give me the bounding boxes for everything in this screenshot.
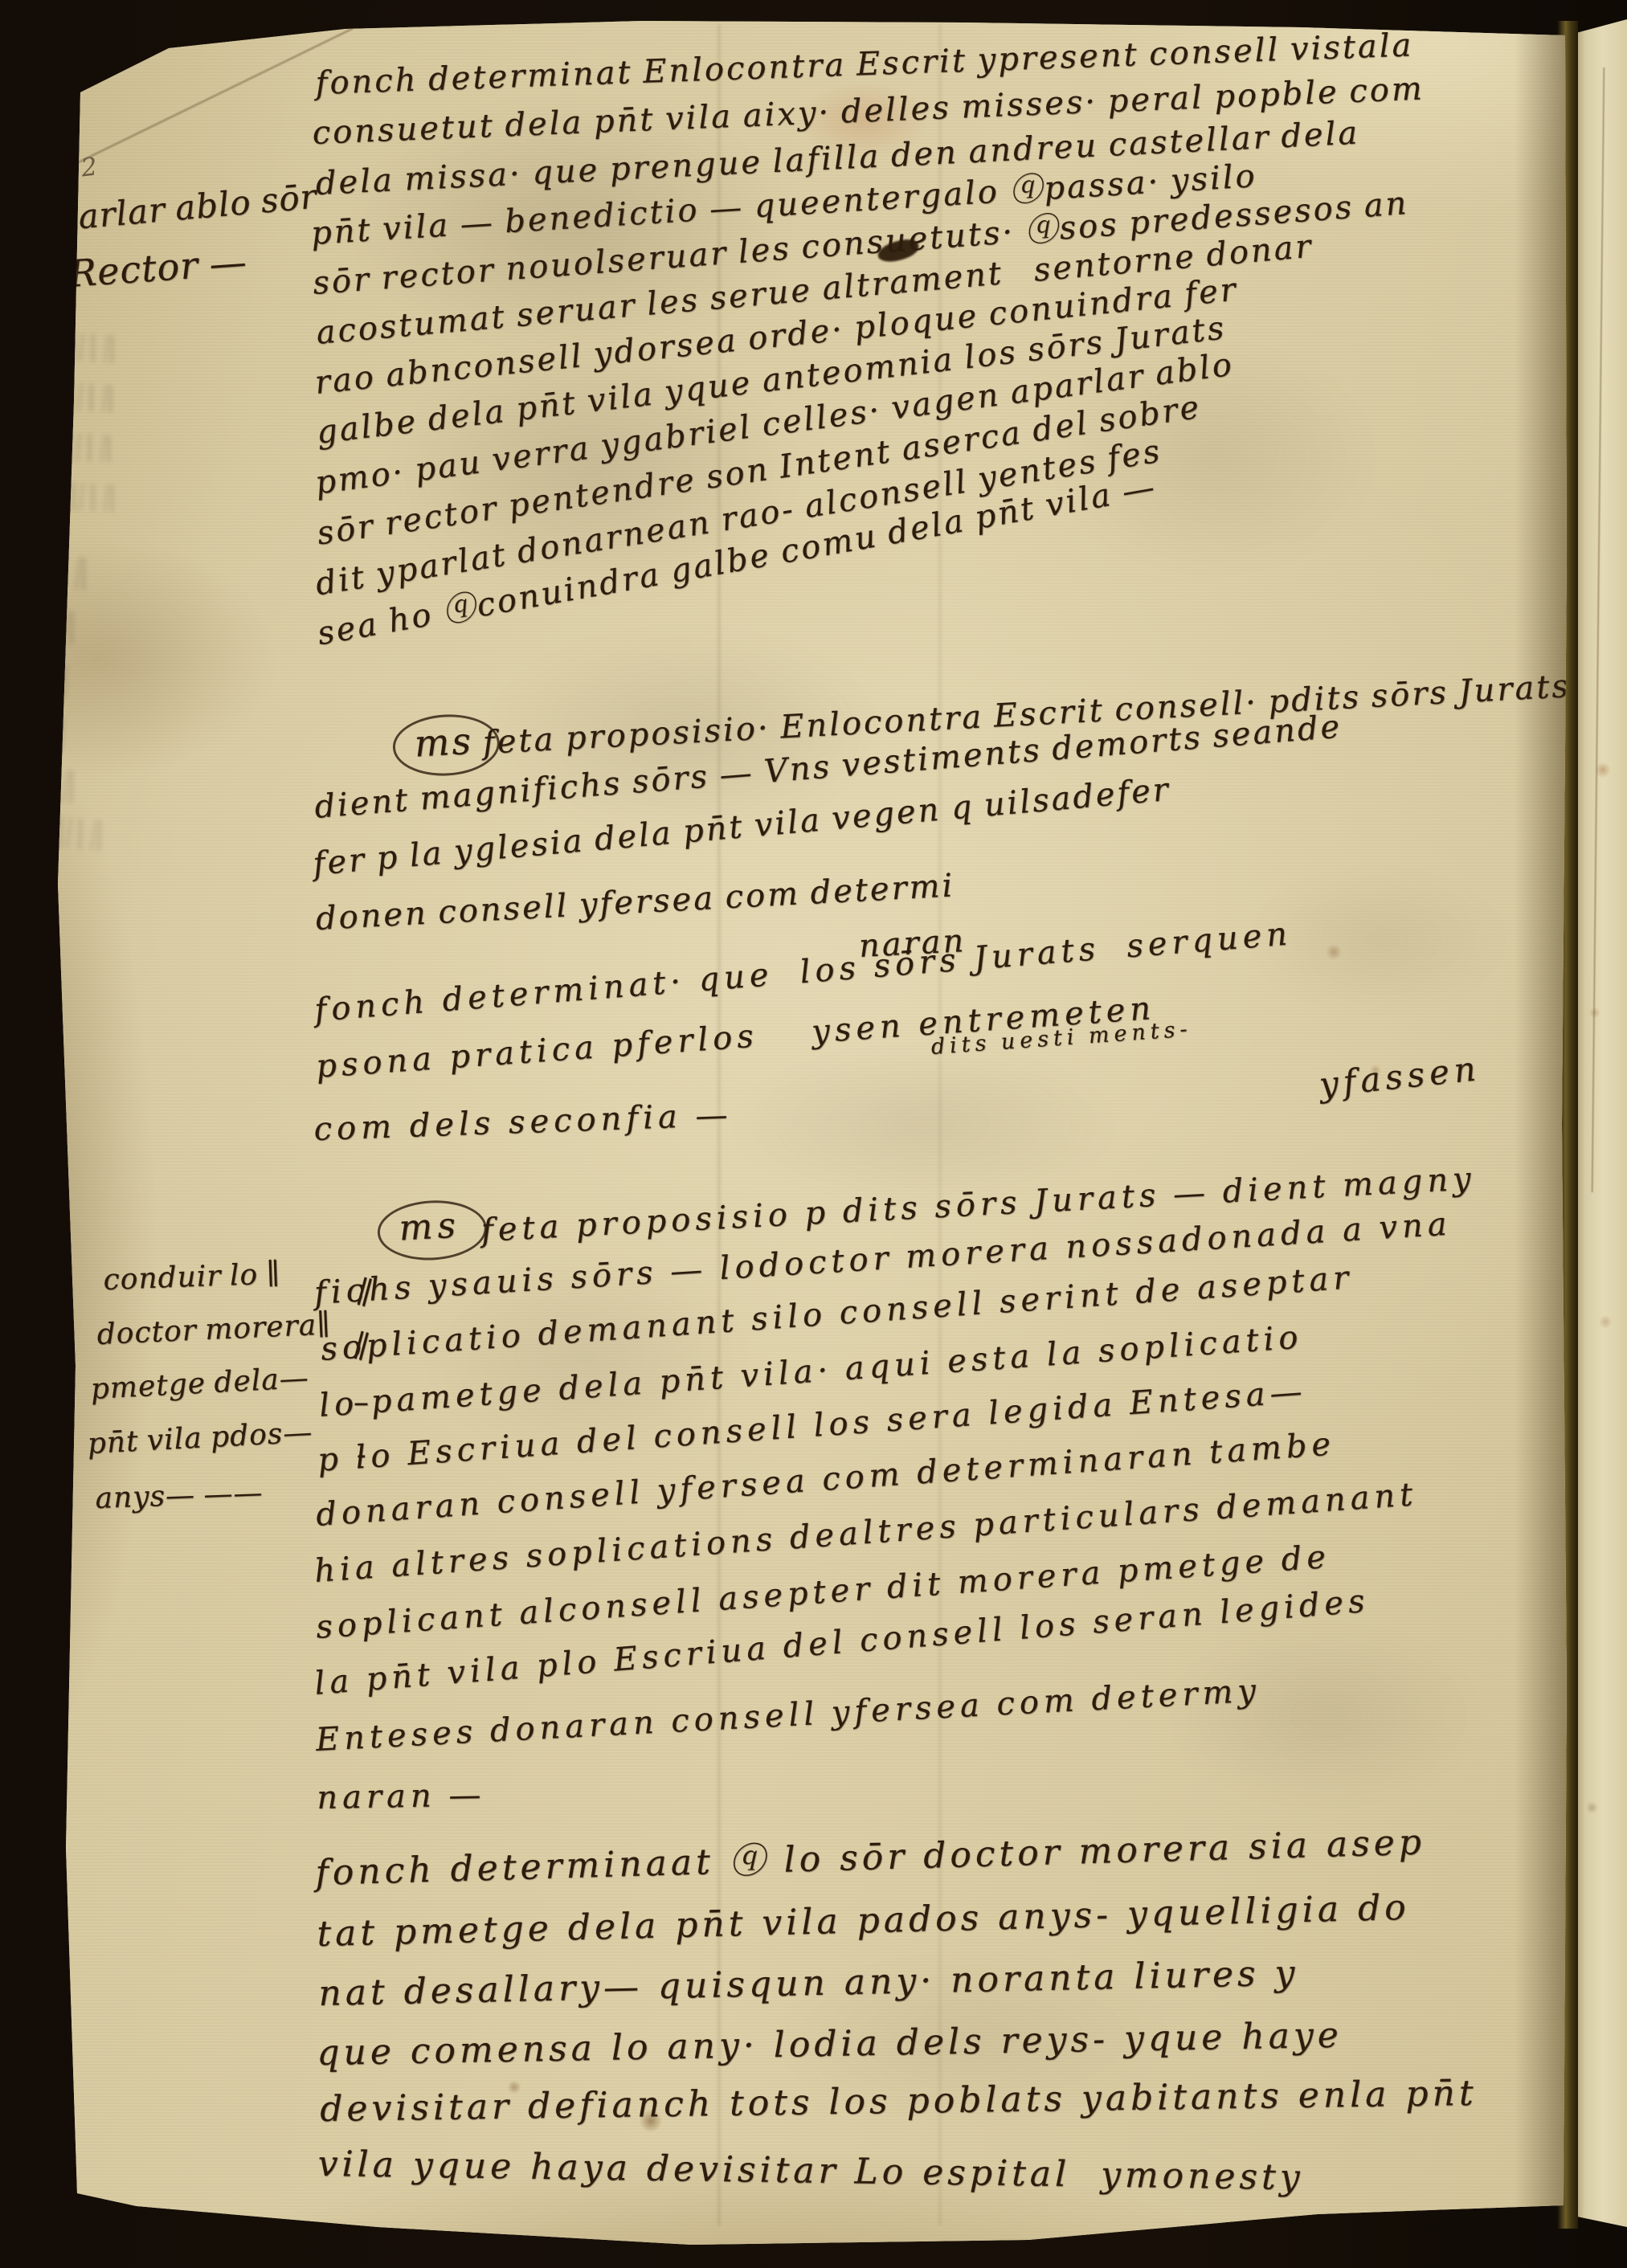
margin-note-line: anys— —— [95, 1479, 264, 1514]
text-line: com dels seconfia — [313, 1099, 733, 1146]
ghost-bleedthrough-line [0, 803, 108, 852]
manuscript-page: ·332 parlar ablo sōrRector —conduir lo ∥… [0, 0, 1627, 2268]
ghost-bleedthrough-line [0, 1588, 68, 1628]
margin-note-line: pn̄t vila pdos— [87, 1418, 313, 1459]
ghost-bleedthrough-line [0, 475, 121, 513]
ghost-bleedthrough-line [0, 1949, 55, 1994]
ghost-bleedthrough-line [0, 1655, 56, 1698]
page-number: ·332 [31, 152, 102, 189]
ghost-bleedthrough-line [0, 648, 74, 697]
ghost-bleedthrough-line [0, 1792, 64, 1840]
margin-note-line: Rector — [67, 243, 248, 292]
text-line: que comensa lo any· lodia dels reys- yqu… [317, 2018, 1343, 2071]
text-line: fonch determinaat ⓠ lo sōr doctor morera… [315, 1825, 1426, 1891]
next-folio-edge [1573, 19, 1627, 2227]
text-line: naran — [317, 1779, 486, 1814]
manuscript-scan: ·332 parlar ablo sōrRector —conduir lo ∥… [0, 0, 1627, 2268]
ghost-bleedthrough-line [0, 374, 119, 413]
text-line: vila yque haya devisitar Lo espital ymon… [317, 2147, 1304, 2196]
margin-note-line: conduir lo ∥ [103, 1260, 281, 1295]
ghost-bleedthrough-line [0, 2026, 71, 2066]
ghost-bleedthrough-line [0, 1721, 58, 1769]
text-line: tat pmetge dela pn̄t vila pados anys- yq… [317, 1890, 1410, 1952]
next-folio-crack [1592, 67, 1605, 1192]
ghost-bleedthrough-line [0, 750, 80, 803]
ghost-bleedthrough-line [0, 325, 121, 363]
margin-note-line: parlar ablo sōr [55, 180, 318, 236]
ghost-bleedthrough-line [0, 424, 117, 463]
text-line: yfassen [1318, 1052, 1482, 1102]
text-line: devisitar defianch tots los poblats yabi… [320, 2076, 1478, 2127]
ghost-bleedthrough-line [0, 541, 92, 590]
ghost-bleedthrough-line [0, 595, 80, 644]
corner-fold-crease [71, 27, 354, 167]
ghost-bleedthrough-line [0, 696, 71, 750]
text-line: donen consell yfersea com determi [315, 869, 955, 935]
ghost-bleedthrough-line [0, 1869, 48, 1914]
margin-note-line: doctor morera∥ [96, 1310, 332, 1350]
margin-note-line: pmetge dela— [90, 1364, 310, 1404]
ink-smudge [1165, 1623, 1486, 1808]
